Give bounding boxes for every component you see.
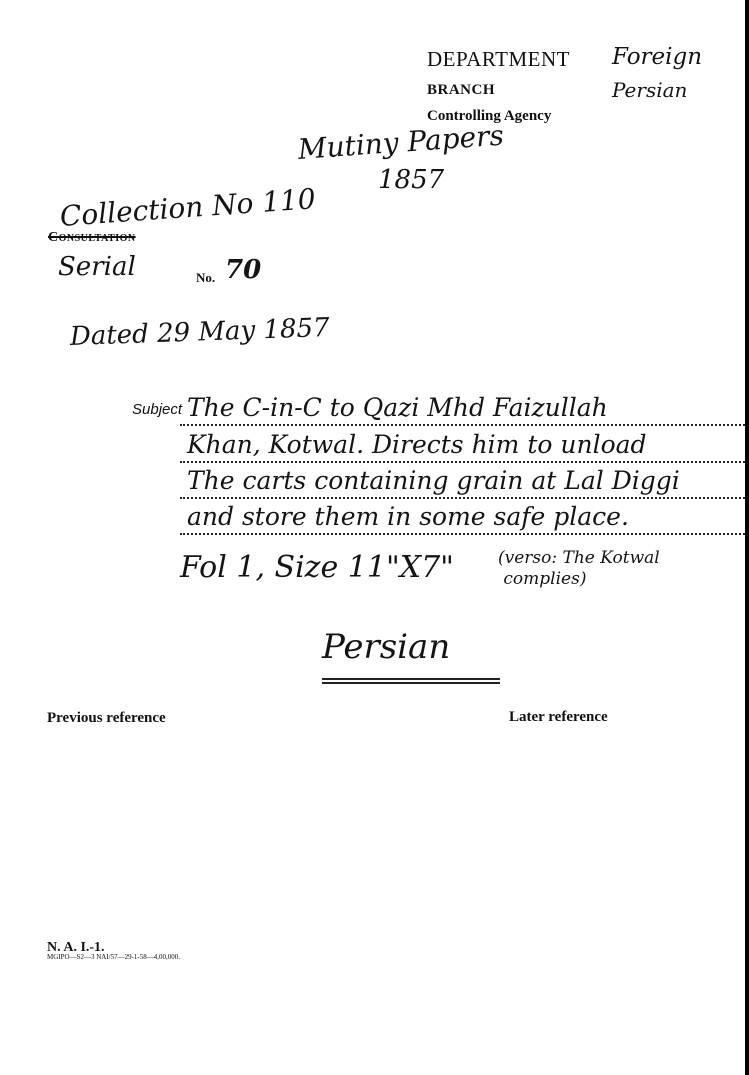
serial-label: Serial: [58, 252, 136, 282]
subject-rule: [180, 533, 745, 535]
language-underline: [322, 678, 500, 680]
dated-entry: Dated 29 May 1857: [69, 313, 330, 352]
subject-line: and store them in some safe place.: [187, 502, 629, 531]
branch-value: Persian: [612, 78, 687, 102]
subject-line: Khan, Kotwal. Directs him to unload: [187, 430, 647, 459]
later-reference-label: Later reference: [509, 709, 608, 726]
serial-value: 70: [225, 255, 261, 285]
subject-line: The C-in-C to Qazi Mhd Faizullah: [187, 393, 608, 422]
folio-size: Fol 1, Size 11"X7": [180, 550, 454, 585]
subject-rule: [180, 424, 745, 426]
print-code: MGIPO—S2—3 NAI/57—29-1-58—4,00,000.: [47, 953, 180, 961]
language-entry: Persian: [322, 627, 450, 667]
serial-no-label: No.: [196, 270, 215, 286]
subject-rule: [180, 497, 745, 499]
scan-edge-border: [745, 0, 749, 1075]
previous-reference-label: Previous reference: [47, 710, 166, 727]
language-underline: [322, 682, 500, 684]
branch-label: BRANCH: [427, 82, 495, 99]
department-label: DEPARTMENT: [427, 47, 570, 72]
consultation-label: Consultation: [48, 230, 136, 246]
subject-line: The carts containing grain at Lal Diggi: [187, 466, 680, 495]
subject-rule: [180, 461, 745, 463]
verso-note: (verso: The Kotwal complies): [498, 548, 660, 590]
department-value: Foreign: [612, 44, 702, 70]
collection-number: Collection No 110: [59, 182, 317, 233]
collection-title: Mutiny Papers: [297, 119, 505, 166]
collection-year: 1857: [378, 165, 444, 195]
subject-label: Subject: [132, 401, 182, 418]
